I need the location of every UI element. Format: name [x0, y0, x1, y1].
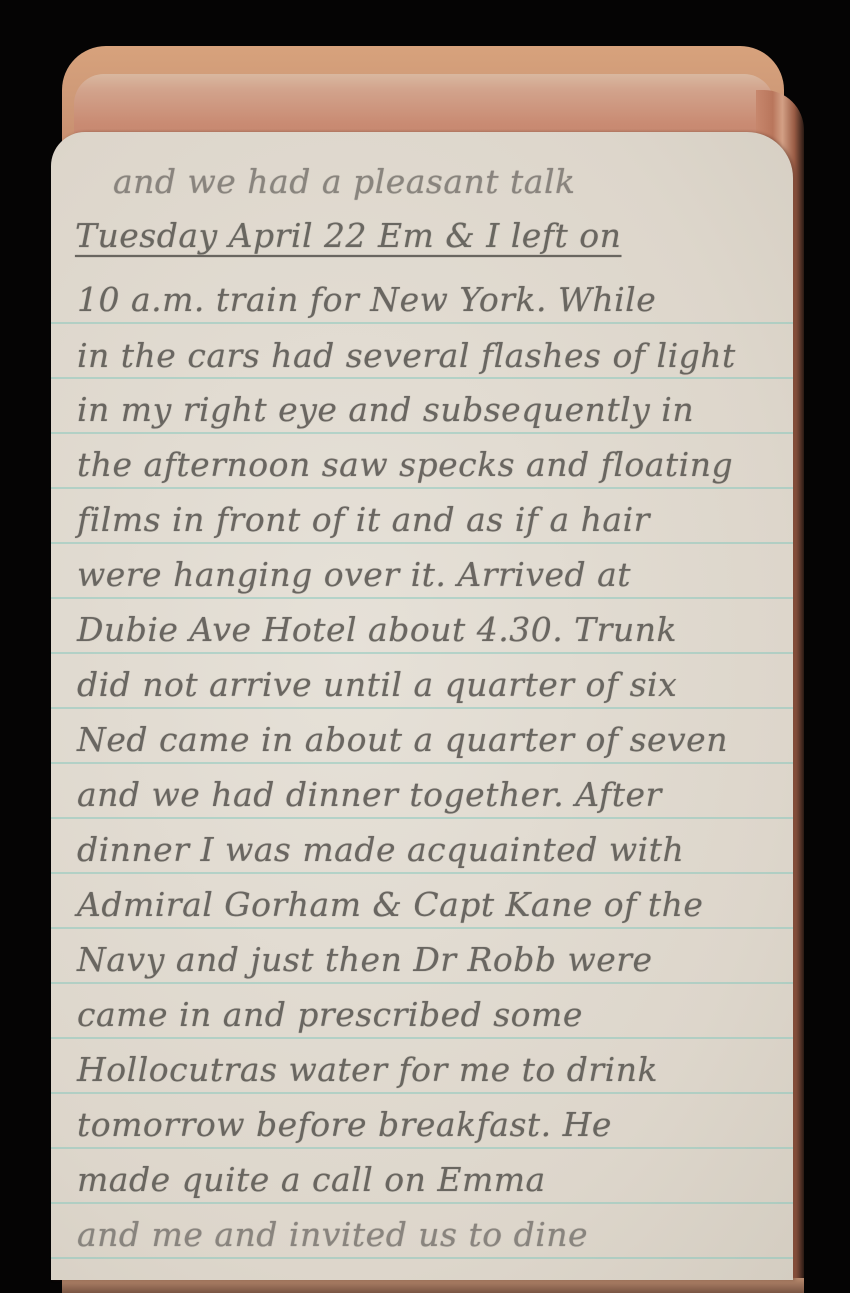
handwritten-line: films in front of it and as if a hair — [77, 500, 775, 539]
handwritten-line: Dubie Ave Hotel about 4.30. Trunk — [77, 610, 775, 649]
ruled-line — [51, 707, 793, 709]
handwritten-line: Admiral Gorham & Capt Kane of the — [77, 885, 775, 924]
ruled-line — [51, 487, 793, 489]
handwritten-line: were hanging over it. Arrived at — [77, 555, 775, 594]
ruled-line — [51, 872, 793, 874]
handwritten-line: tomorrow before breakfast. He — [77, 1105, 775, 1144]
ruled-line — [51, 927, 793, 929]
handwritten-line: did not arrive until a quarter of six — [77, 665, 775, 704]
ruled-line — [51, 1202, 793, 1204]
ruled-line — [51, 322, 793, 324]
handwritten-line: in the cars had several flashes of light — [77, 336, 775, 375]
handwritten-line-date-heading: Tuesday April 22 Em & I left on — [75, 216, 775, 255]
handwritten-line: 10 a.m. train for New York. While — [77, 280, 775, 319]
handwritten-line: Hollocutras water for me to drink — [77, 1050, 775, 1089]
handwritten-line: and me and invited us to dine — [77, 1215, 775, 1254]
handwritten-line: came in and prescribed some — [77, 995, 775, 1034]
ruled-line — [51, 432, 793, 434]
handwritten-line: the afternoon saw specks and floating — [77, 445, 775, 484]
handwritten-line: and we had dinner together. After — [77, 775, 775, 814]
ruled-line — [51, 1092, 793, 1094]
handwritten-line: in my right eye and subsequently in — [77, 390, 775, 429]
handwritten-line: Navy and just then Dr Robb were — [77, 940, 775, 979]
ruled-line — [51, 1257, 793, 1259]
ruled-line — [51, 817, 793, 819]
ruled-line — [51, 1147, 793, 1149]
ruled-line — [51, 1037, 793, 1039]
ruled-line — [51, 652, 793, 654]
handwritten-line: made quite a call on Emma — [77, 1160, 775, 1199]
handwritten-line: and we had a pleasant talk — [113, 162, 775, 201]
ruled-line — [51, 377, 793, 379]
notebook: and we had a pleasant talk Tuesday April… — [0, 0, 850, 1293]
ruled-line — [51, 597, 793, 599]
ruled-line — [51, 982, 793, 984]
ruled-line — [51, 762, 793, 764]
page-stack-bottom-edge — [62, 1278, 804, 1293]
ruled-line — [51, 542, 793, 544]
diary-page: and we had a pleasant talk Tuesday April… — [51, 132, 793, 1280]
handwritten-line: Ned came in about a quarter of seven — [77, 720, 775, 759]
handwritten-line: dinner I was made acquainted with — [77, 830, 775, 869]
